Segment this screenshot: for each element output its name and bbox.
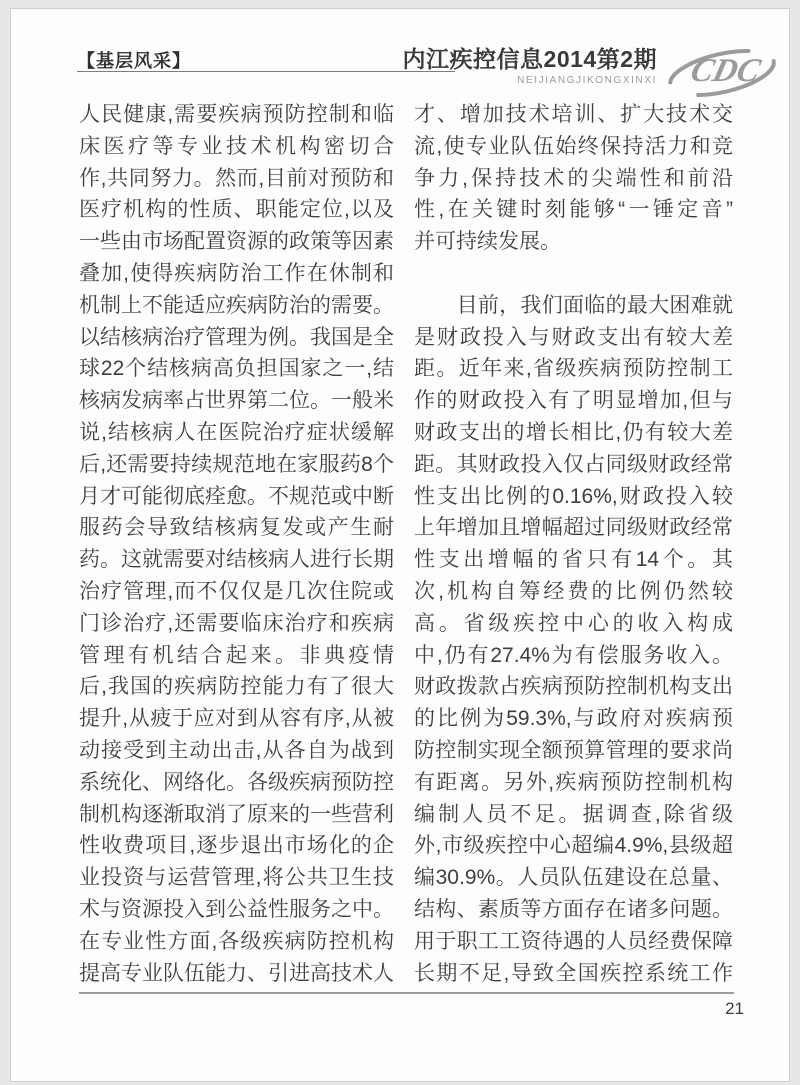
text-line: 性,在关键时刻能够“一锤定音” xyxy=(414,194,733,226)
text-line: 长期不足,导致全国疾控系统工作 xyxy=(414,958,733,990)
paragraph: 人民健康,需要疾病预防控制和临床医疗等专业技术机构密切合作,共同努力。然而,目前… xyxy=(79,99,394,989)
text-line: 才、增加技术培训、扩大技术交 xyxy=(414,99,733,131)
text-line: 一些由市场配置资源的政策等因素 xyxy=(79,226,394,258)
text-line: 系统化、网络化。各级疾病预防控 xyxy=(79,767,394,799)
text-line: 提高专业队伍能力、引进高技术人 xyxy=(79,958,394,990)
text-line: 在专业性方面,各级疾病防控机构 xyxy=(79,926,394,958)
header-rule xyxy=(77,71,455,72)
text-line: 提升,从疲于应对到从容有序,从被 xyxy=(79,703,394,735)
section-label: 【基层风采】 xyxy=(77,47,191,73)
text-line: 以结核病治疗管理为例。我国是全 xyxy=(79,322,394,354)
text-line: 医疗机构的性质、职能定位,以及 xyxy=(79,194,394,226)
text-line: 距。近年来,省级疾病预防控制工 xyxy=(414,353,733,385)
publication-subtitle: NEIJIANGJIKONGXINXI xyxy=(403,75,657,86)
text-line: 距。其财政投入仅占同级财政经常 xyxy=(414,449,733,481)
text-line: 用于职工工资待遇的人员经费保障 xyxy=(414,926,733,958)
text-line: 说,结核病人在医院治疗症状缓解 xyxy=(79,417,394,449)
text-line: 制机构逐渐取消了原来的一些营利 xyxy=(79,799,394,831)
text-line: 药。这就需要对结核病人进行长期 xyxy=(79,544,394,576)
text-line: 财政拨款占疾病预防控制机构支出 xyxy=(414,671,733,703)
cdc-logo-text: CDC xyxy=(687,52,765,88)
paragraph: 才、增加技术培训、扩大技术交流,使专业队伍始终保持活力和竞争力,保持技术的尖端性… xyxy=(414,99,733,258)
paragraph: 目前，我们面临的最大困难就是财政投入与财政支出有较大差距。近年来,省级疾病预防控… xyxy=(414,290,733,990)
text-line: 财政支出的增长相比,仍有较大差 xyxy=(414,417,733,449)
text-line: 上年增加且增幅超过同级财政经常 xyxy=(414,512,733,544)
text-line: 管理有机结合起来。非典疫情 xyxy=(79,640,394,672)
text-line: 服药会导致结核病复发或产生耐 xyxy=(79,512,394,544)
text-line: 性支出比例的0.16%,财政投入较 xyxy=(414,481,733,513)
text-line: 性收费项目,逐步退出市场化的企 xyxy=(79,830,394,862)
text-line: 业投资与运营管理,将公共卫生技 xyxy=(79,862,394,894)
text-line: 目前，我们面临的最大困难就 xyxy=(414,290,733,322)
text-line: 性支出增幅的省只有14个。其 xyxy=(414,544,733,576)
text-line: 次,机构自筹经费的比例仍然较 xyxy=(414,576,733,608)
scanned-page: 【基层风采】 内江疾控信息2014第2期 NEIJIANGJIKONGXINXI… xyxy=(10,8,790,1082)
right-text-column: 才、增加技术培训、扩大技术交流,使专业队伍始终保持活力和竞争力,保持技术的尖端性… xyxy=(414,99,733,989)
text-line: 防控制实现全额预算管理的要求尚 xyxy=(414,735,733,767)
text-line: 是财政投入与财政支出有较大差 xyxy=(414,322,733,354)
text-line: 作,共同努力。然而,目前对预防和 xyxy=(79,163,394,195)
text-line: 编30.9%。人员队伍建设在总量、 xyxy=(414,862,733,894)
text-line: 作的财政投入有了明显增加,但与 xyxy=(414,385,733,417)
text-line: 球22个结核病高负担国家之一,结 xyxy=(79,353,394,385)
page-number: 21 xyxy=(714,999,744,1019)
text-line: 外,市级疾控中心超编4.9%,县级超 xyxy=(414,830,733,862)
text-line: 并可持续发展。 xyxy=(414,226,733,258)
text-line: 结构、素质等方面存在诸多问题。 xyxy=(414,894,733,926)
cdc-logo-icon: CDC xyxy=(663,33,781,105)
publication-header: 内江疾控信息2014第2期 NEIJIANGJIKONGXINXI xyxy=(403,41,657,86)
text-line: 机制上不能适应疾病防治的需要。 xyxy=(79,290,394,322)
text-line: 高。省级疾控中心的收入构成 xyxy=(414,608,733,640)
text-line: 术与资源投入到公益性服务之中。 xyxy=(79,894,394,926)
text-line: 床医疗等专业技术机构密切合 xyxy=(79,131,394,163)
text-line: 核病发病率占世界第二位。一般米 xyxy=(79,385,394,417)
text-line: 的比例为59.3%,与政府对疾病预 xyxy=(414,703,733,735)
text-line: 动接受到主动出击,从各自为战到 xyxy=(79,735,394,767)
text-line: 后,我国的疾病防控能力有了很大 xyxy=(79,671,394,703)
text-line: 治疗管理,而不仅仅是几次住院或 xyxy=(79,576,394,608)
text-line: 门诊治疗,还需要临床治疗和疾病 xyxy=(79,608,394,640)
text-line: 月才可能彻底痊愈。不规范或中断 xyxy=(79,481,394,513)
text-line: 争力,保持技术的尖端性和前沿 xyxy=(414,163,733,195)
text-line: 后,还需要持续规范地在家服药8个 xyxy=(79,449,394,481)
text-line: 编制人员不足。据调查,除省级 xyxy=(414,799,733,831)
publication-title: 内江疾控信息2014第2期 xyxy=(403,41,657,74)
left-text-column: 人民健康,需要疾病预防控制和临床医疗等专业技术机构密切合作,共同努力。然而,目前… xyxy=(79,99,394,989)
footer-rule xyxy=(79,992,734,994)
text-line: 叠加,使得疾病防治工作在休制和 xyxy=(79,258,394,290)
text-line: 流,使专业队伍始终保持活力和竞 xyxy=(414,131,733,163)
text-line: 有距离。另外,疾病预防控制机构 xyxy=(414,767,733,799)
text-line: 中,仍有27.4%为有偿服务收入。 xyxy=(414,640,733,672)
text-line: 人民健康,需要疾病预防控制和临 xyxy=(79,99,394,131)
